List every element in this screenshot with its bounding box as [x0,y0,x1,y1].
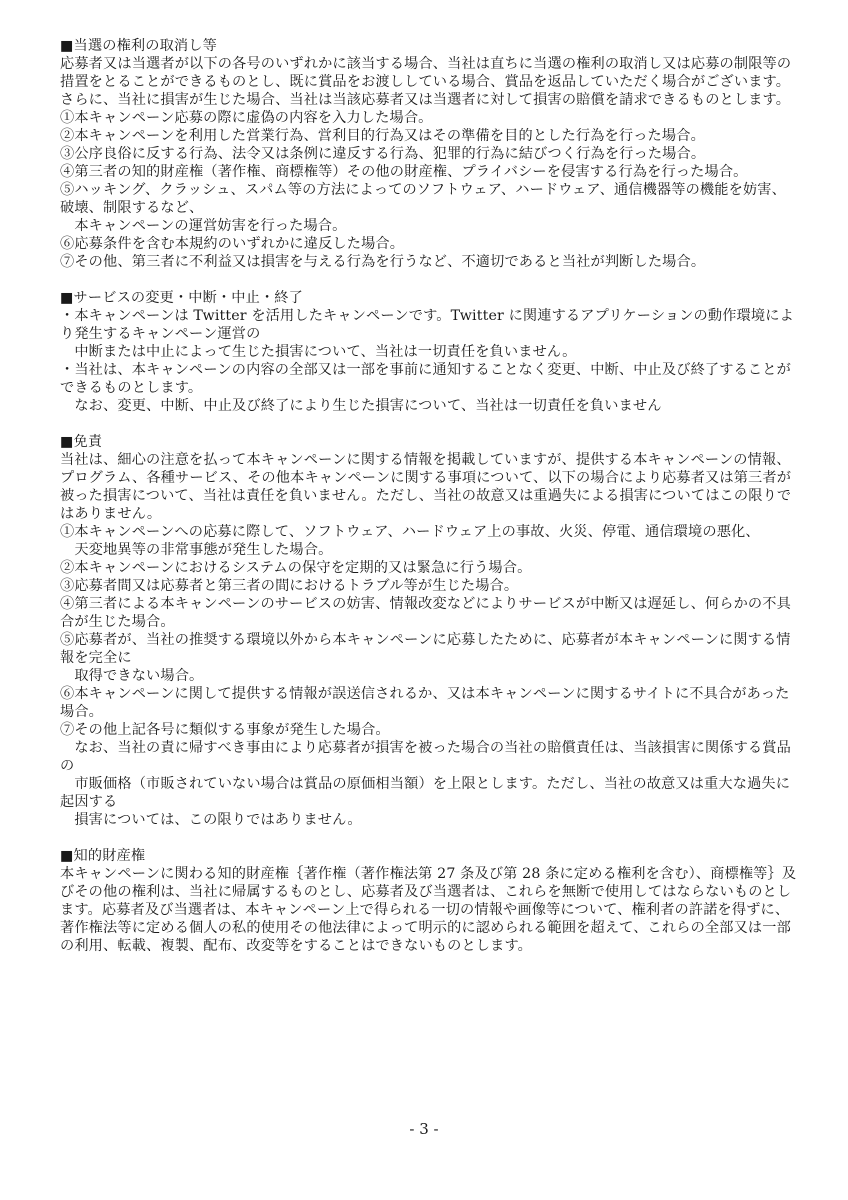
list-item: ⑤応募者が、当社の推奨する環境以外から本キャンペーンに応募したために、応募者が本… [60,631,790,649]
list-item: ④第三者の知的財産権（著作権、商標権等）その他の財産権、プライバシーを侵害する行… [60,163,790,181]
text-line: ・当社は、本キャンペーンの内容の全部又は一部を事前に通知することなく変更、中断、… [60,361,790,379]
section-disclaimer: ■免責 当社は、細心の注意を払って本キャンペーンに関する情報を掲載していますが、… [60,433,790,829]
page-number: - 3 - [0,1120,848,1138]
section-heading: ■免責 [60,433,790,451]
text-line: 措置をとることができるものとし、既に賞品をお渡ししている場合、賞品を返品していた… [60,73,790,91]
text-line: 本キャンペーンの運営妨害を行った場合。 [60,217,790,235]
text-line: ・本キャンペーンは Twitter を活用したキャンペーンです。Twitter … [60,307,790,325]
text-line: ます。応募者及び当選者は、本キャンペーン上で得られる一切の情報や画像等について、… [60,901,790,919]
list-item: ②本キャンペーンを利用した営業行為、営利目的行為又はその準備を目的とした行為を行… [60,127,790,145]
list-item: ①本キャンペーン応募の際に虚偽の内容を入力した場合。 [60,109,790,127]
text-line: り発生するキャンペーン運営の [60,325,790,343]
text-line: 天変地異等の非常事態が発生した場合。 [60,541,790,559]
text-line: 著作権法等に定める個人の私的使用その他法律によって明示的に認められる範囲を超えて… [60,919,790,937]
text-line: なお、変更、中断、中止及び終了により生じた損害について、当社は一切責任を負いませ… [60,397,790,415]
section-service-changes: ■サービスの変更・中断・中止・終了 ・本キャンペーンは Twitter を活用し… [60,289,790,415]
text-line: 市販価格（市販されていない場合は賞品の原価相当額）を上限とします。ただし、当社の… [60,775,790,793]
text-line: 合が生じた場合。 [60,613,790,631]
list-item: ③公序良俗に反する行為、法令又は条例に違反する行為、犯罪的行為に結びつく行為を行… [60,145,790,163]
list-item: ①本キャンペーンへの応募に際して、ソフトウェア、ハードウェア上の事故、火災、停電… [60,523,790,541]
text-line: プログラム、各種サービス、その他本キャンペーンに関する事項について、以下の場合に… [60,469,790,487]
list-item: ⑥応募条件を含む本規約のいずれかに違反した場合。 [60,235,790,253]
text-line: できるものとします。 [60,379,790,397]
text-line: 破壊、制限するなど、 [60,199,790,217]
text-line: 取得できない場合。 [60,667,790,685]
text-line: はありません。 [60,505,790,523]
text-line: 当社は、細心の注意を払って本キャンペーンに関する情報を掲載していますが、提供する… [60,451,790,469]
text-line: 報を完全に [60,649,790,667]
section-heading: ■サービスの変更・中断・中止・終了 [60,289,790,307]
text-line: の利用、転載、複製、配布、改変等をすることはできないものとします。 [60,937,790,955]
text-line: さらに、当社に損害が生じた場合、当社は当該応募者又は当選者に対して損害の賠償を請… [60,91,790,109]
text-line: 被った損害について、当社は責任を負いません。ただし、当社の故意又は重過失による損… [60,487,790,505]
text-line: 本キャンペーンに関わる知的財産権｛著作権（著作権法第 27 条及び第 28 条に… [60,865,790,883]
list-item: ⑦その他、第三者に不利益又は損害を与える行為を行うなど、不適切であると当社が判断… [60,253,790,271]
list-item: ③応募者間又は応募者と第三者の間におけるトラブル等が生じた場合。 [60,577,790,595]
text-line: 起因する [60,793,790,811]
text-line: の [60,757,790,775]
text-line: びその他の権利は、当社に帰属するものとし、応募者及び当選者は、これらを無断で使用… [60,883,790,901]
list-item: ⑦その他上記各号に類似する事象が発生した場合。 [60,721,790,739]
text-line: 応募者又は当選者が以下の各号のいずれかに該当する場合、当社は直ちに当選の権利の取… [60,55,790,73]
text-line: 損害については、この限りではありません。 [60,811,790,829]
document-page: ■当選の権利の取消し等 応募者又は当選者が以下の各号のいずれかに該当する場合、当… [60,37,790,973]
text-line: 場合。 [60,703,790,721]
section-cancellation: ■当選の権利の取消し等 応募者又は当選者が以下の各号のいずれかに該当する場合、当… [60,37,790,271]
list-item: ⑤ハッキング、クラッシュ、スパム等の方法によってのソフトウェア、ハードウェア、通… [60,181,790,199]
text-line: 中断または中止によって生じた損害について、当社は一切責任を負いません。 [60,343,790,361]
list-item: ④第三者による本キャンペーンのサービスの妨害、情報改変などによりサービスが中断又… [60,595,790,613]
section-heading: ■当選の権利の取消し等 [60,37,790,55]
list-item: ②本キャンペーンにおけるシステムの保守を定期的又は緊急に行う場合。 [60,559,790,577]
section-heading: ■知的財産権 [60,847,790,865]
text-line: なお、当社の責に帰すべき事由により応募者が損害を被った場合の当社の賠償責任は、当… [60,739,790,757]
section-intellectual-property: ■知的財産権 本キャンペーンに関わる知的財産権｛著作権（著作権法第 27 条及び… [60,847,790,955]
list-item: ⑥本キャンペーンに関して提供する情報が誤送信されるか、又は本キャンペーンに関する… [60,685,790,703]
